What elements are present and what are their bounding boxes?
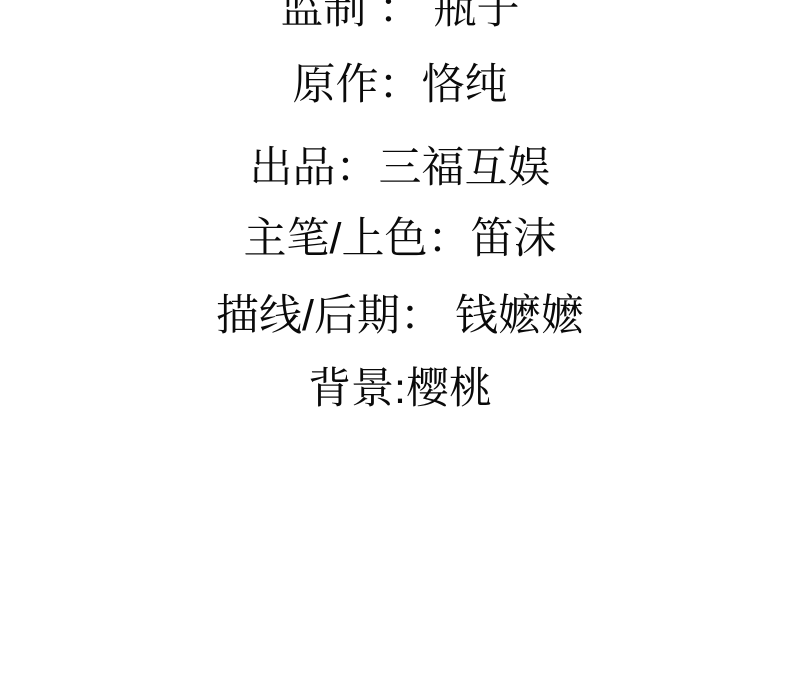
comic-credits-page: 监制 ： 瓶子 原作：恪纯 出品：三福互娱 主笔/上色：笛沫 描线/后期： 钱嬷…: [0, 0, 800, 675]
credit-line-background-artist: 背景:樱桃: [0, 366, 800, 412]
credit-line-original-author: 原作：恪纯: [0, 62, 800, 108]
credit-line-publisher: 出品：三福互娱: [0, 145, 800, 191]
credit-line-lead-artist-colorist: 主笔/上色：笛沫: [0, 216, 800, 262]
credit-line-supervisor: 监制 ： 瓶子: [0, 0, 800, 32]
credit-line-inking-postproduction: 描线/后期： 钱嬷嬷: [0, 293, 800, 339]
credits-block: 监制 ： 瓶子 原作：恪纯 出品：三福互娱 主笔/上色：笛沫 描线/后期： 钱嬷…: [0, 0, 800, 675]
